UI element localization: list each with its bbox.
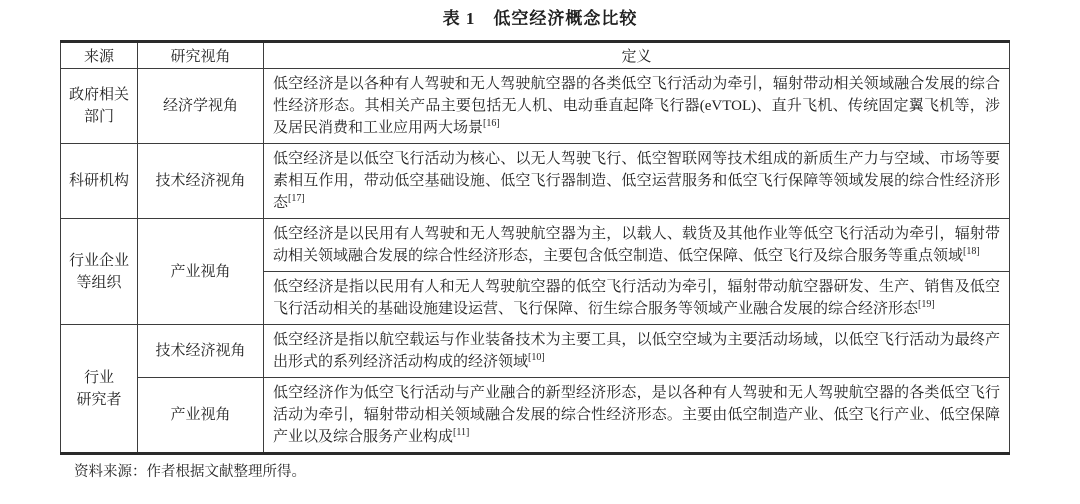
- definition-text: 低空经济作为低空飞行活动与产业融合的新型经济形态，是以各种有人驾驶和无人驾驶航空…: [273, 385, 1000, 445]
- definition-text: 低空经济是指以民用有人和无人驾驶航空器的低空飞行活动为牵引，辐射带动航空器研发、…: [273, 279, 1000, 317]
- cell-perspective-techno-economic: 技术经济视角: [138, 144, 264, 219]
- cell-definition-19: 低空经济是指以民用有人和无人驾驶航空器的低空飞行活动为牵引，辐射带动航空器研发、…: [264, 272, 1010, 325]
- table-row-industry-researcher-1: 行业 研究者 技术经济视角 低空经济是指以航空载运与作业装备技术为主要工具，以低…: [61, 325, 1010, 378]
- header-source: 来源: [61, 42, 138, 69]
- table-row-industry-org-1: 行业企业 等组织 产业视角 低空经济是以民用有人驾驶和无人驾驶航空器为主，以载人…: [61, 219, 1010, 272]
- cell-definition-16: 低空经济是以各种有人驾驶和无人驾驶航空器的各类低空飞行活动为牵引，辐射带动相关领…: [264, 69, 1010, 144]
- cell-definition-17: 低空经济是以低空飞行活动为核心、以无人驾驶飞行、低空智联网等技术组成的新质生产力…: [264, 144, 1010, 219]
- cell-perspective-economics: 经济学视角: [138, 69, 264, 144]
- page: 表 1 低空经济概念比较 来源 研究视角 定义 政府相关 部门 经济学视角 低空…: [0, 0, 1080, 482]
- cell-source-industry-researcher: 行业 研究者: [61, 325, 138, 454]
- definition-text: 低空经济是以各种有人驾驶和无人驾驶航空器的各类低空飞行活动为牵引，辐射带动相关领…: [273, 76, 1000, 136]
- table-header: 来源 研究视角 定义: [61, 42, 1010, 69]
- cell-definition-18: 低空经济是以民用有人驾驶和无人驾驶航空器为主，以载人、载货及其他作业等低空飞行活…: [264, 219, 1010, 272]
- cell-perspective-industry-2: 产业视角: [138, 378, 264, 454]
- table-row-industry-researcher-2: 产业视角 低空经济作为低空飞行活动与产业融合的新型经济形态，是以各种有人驾驶和无…: [61, 378, 1010, 454]
- header-row: 来源 研究视角 定义: [61, 42, 1010, 69]
- definition-text: 低空经济是以低空飞行活动为核心、以无人驾驶飞行、低空智联网等技术组成的新质生产力…: [273, 151, 1000, 211]
- definition-text: 低空经济是以民用有人驾驶和无人驾驶航空器为主，以载人、载货及其他作业等低空飞行活…: [273, 226, 1000, 264]
- citation-ref: [19]: [918, 299, 935, 310]
- citation-ref: [11]: [453, 427, 469, 438]
- table-row-government: 政府相关 部门 经济学视角 低空经济是以各种有人驾驶和无人驾驶航空器的各类低空飞…: [61, 69, 1010, 144]
- header-definition: 定义: [264, 42, 1010, 69]
- cell-source-government: 政府相关 部门: [61, 69, 138, 144]
- concept-comparison-table: 来源 研究视角 定义 政府相关 部门 经济学视角 低空经济是以各种有人驾驶和无人…: [60, 40, 1010, 455]
- table-title: 表 1 低空经济概念比较: [0, 7, 1080, 31]
- cell-definition-10: 低空经济是指以航空载运与作业装备技术为主要工具，以低空空域为主要活动场域，以低空…: [264, 325, 1010, 378]
- cell-perspective-techno-economic-2: 技术经济视角: [138, 325, 264, 378]
- table-row-research-institution: 科研机构 技术经济视角 低空经济是以低空飞行活动为核心、以无人驾驶飞行、低空智联…: [61, 144, 1010, 219]
- citation-ref: [10]: [528, 352, 545, 363]
- definition-text: 低空经济是指以航空载运与作业装备技术为主要工具，以低空空域为主要活动场域，以低空…: [273, 332, 1000, 370]
- source-note: 资料来源：作者根据文献整理所得。: [74, 462, 1080, 482]
- header-perspective: 研究视角: [138, 42, 264, 69]
- citation-ref: [18]: [963, 246, 980, 257]
- cell-source-industry-org: 行业企业 等组织: [61, 219, 138, 325]
- cell-perspective-industry: 产业视角: [138, 219, 264, 325]
- citation-ref: [16]: [483, 118, 500, 129]
- cell-definition-11: 低空经济作为低空飞行活动与产业融合的新型经济形态，是以各种有人驾驶和无人驾驶航空…: [264, 378, 1010, 454]
- cell-source-research-institution: 科研机构: [61, 144, 138, 219]
- citation-ref: [17]: [288, 193, 305, 204]
- table-body: 政府相关 部门 经济学视角 低空经济是以各种有人驾驶和无人驾驶航空器的各类低空飞…: [61, 69, 1010, 454]
